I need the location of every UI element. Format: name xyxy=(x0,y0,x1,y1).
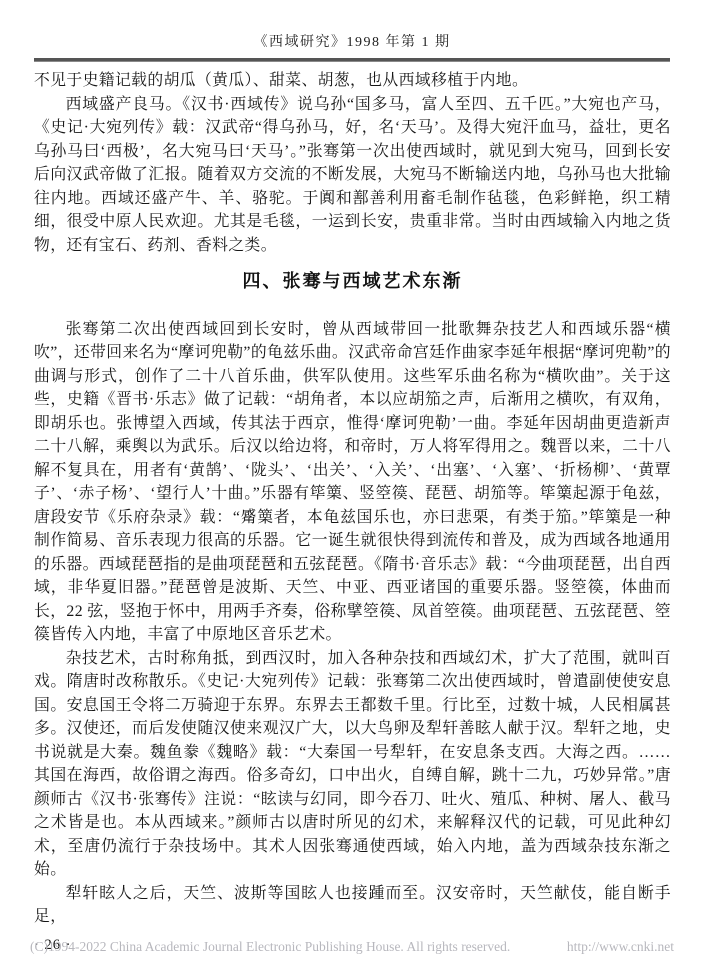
paragraph-acrobatics-magic: 杂技艺术，古时称角抵，到西汉时，加入各种杂技和西域幻术，扩大了范围，就叫百戏。隋… xyxy=(34,647,671,882)
footer-url: http://www.cnki.net xyxy=(567,939,674,955)
header-rule xyxy=(34,58,670,62)
paragraph-horses-trade: 西域盛产良马。《汉书·西域传》说乌孙“国多马，富人至四、五千匹。”大宛也产马，《… xyxy=(34,93,671,258)
copyright-notice: (C)1994-2022 China Academic Journal Elec… xyxy=(30,939,510,955)
journal-page: 《西域研究》1998 年第 1 期 不见于史籍记载的胡瓜（黄瓜）、甜菜、胡葱，也… xyxy=(0,0,704,975)
article-body: 不见于史籍记载的胡瓜（黄瓜）、甜菜、胡葱，也从西域移植于内地。 西域盛产良马。《… xyxy=(34,69,671,929)
paragraph-magicians-arrival: 犁轩眩人之后，天竺、波斯等国眩人也接踵而至。汉安帝时，天竺献伎，能自断手足， xyxy=(34,882,671,929)
journal-issue-header: 《西域研究》1998 年第 1 期 xyxy=(0,0,704,51)
paragraph-music-instruments: 张骞第二次出使西域回到长安时，曾从西域带回一批歌舞杂技艺人和西域乐器“横吹”，还… xyxy=(34,318,671,647)
footer-watermark: (C)1994-2022 China Academic Journal Elec… xyxy=(30,939,674,955)
paragraph-continuation: 不见于史籍记载的胡瓜（黄瓜）、甜菜、胡葱，也从西域移植于内地。 xyxy=(34,69,671,93)
section-heading: 四、张骞与西域艺术东渐 xyxy=(34,270,671,294)
